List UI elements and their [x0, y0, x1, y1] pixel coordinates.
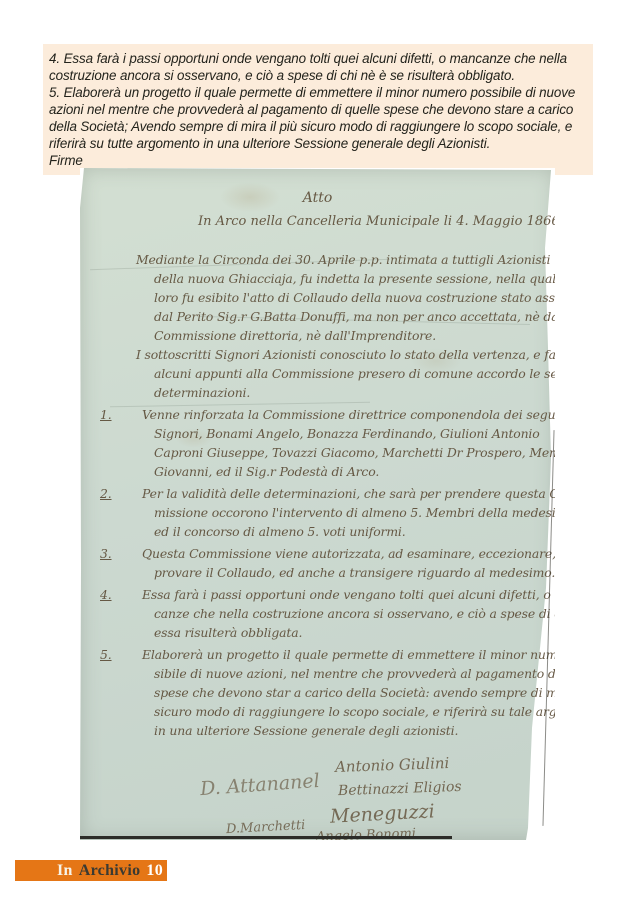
item-number: 4.: [100, 585, 112, 604]
manuscript-line: Caproni Giuseppe, Tovazzi Giacomo, March…: [154, 443, 544, 462]
manuscript-line: ed il concorso di almeno 5. voti uniform…: [154, 522, 544, 541]
manuscript-line: alcuni appunti alla Commissione presero …: [154, 364, 544, 383]
manuscript-line: canze che nella costruzione ancora si os…: [154, 604, 544, 623]
manuscript-title: Atto: [80, 190, 555, 206]
transcription-item-5: 5. Elaborerà un progetto il quale permet…: [49, 84, 585, 152]
transcription-firme: Firme: [49, 152, 585, 169]
manuscript-line: essa risulterà obbligata.: [154, 623, 544, 642]
manuscript-line: 3.Questa Commissione viene autorizzata, …: [142, 544, 544, 563]
manuscript-line: loro fu esibito l'atto di Collaudo della…: [154, 288, 544, 307]
manuscript-body: Mediante la Circonda dei 30. Aprile p.p.…: [130, 250, 544, 740]
manuscript-line: sibile di nuove azioni, nel mentre che p…: [154, 664, 544, 683]
manuscript-line: provare il Collaudo, ed anche a transige…: [154, 563, 544, 582]
page: 4. Essa farà i passi opportuni onde veng…: [0, 0, 637, 900]
manuscript-line-text: Per la validità delle determinazioni, ch…: [142, 486, 555, 501]
manuscript-line: sicuro modo di raggiungere lo scopo soci…: [154, 702, 544, 721]
in-archivio-logo: In Archivio 10: [15, 860, 167, 881]
item-number: 1.: [100, 405, 112, 424]
manuscript-line: Mediante la Circonda dei 30. Aprile p.p.…: [136, 250, 544, 269]
manuscript-line: della nuova Ghiacciaja, fu indetta la pr…: [154, 269, 544, 288]
manuscript-line: 5.Elaborerà un progetto il quale permett…: [142, 645, 544, 664]
manuscript-line: Commissione direttoria, nè dall'Imprendi…: [154, 326, 544, 345]
logo-word-in: In: [57, 862, 73, 880]
logo-issue-number: 10: [146, 862, 163, 880]
manuscript-line-text: Venne rinforzata la Commissione direttri…: [142, 407, 555, 422]
item-number: 2.: [100, 484, 112, 503]
manuscript-line: dal Perito Sig.r G.Batta Donuffi, ma non…: [154, 307, 544, 326]
manuscript-dateline: In Arco nella Cancelleria Municipale li …: [198, 214, 555, 229]
item-number: 5.: [100, 645, 112, 664]
transcription-block: 4. Essa farà i passi opportuni onde veng…: [43, 44, 593, 175]
scan-edge-line: [80, 836, 452, 839]
manuscript-line: 2.Per la validità delle determinazioni, …: [142, 484, 544, 503]
manuscript-line: spese che devono star a carico della Soc…: [154, 683, 544, 702]
manuscript-scan: Atto In Arco nella Cancelleria Municipal…: [80, 168, 555, 840]
manuscript-line: missione occorono l'intervento di almeno…: [154, 503, 544, 522]
manuscript-line: 1.Venne rinforzata la Commissione dirett…: [142, 405, 544, 424]
transcription-item-4: 4. Essa farà i passi opportuni onde veng…: [49, 50, 585, 84]
manuscript-line: I sottoscritti Signori Azionisti conosci…: [136, 345, 544, 364]
manuscript-line-text: Questa Commissione viene autorizzata, ad…: [142, 546, 555, 561]
logo-word-archivio: Archivio: [79, 862, 141, 880]
manuscript-line: in una ulteriore Sessione generale degli…: [154, 721, 544, 740]
manuscript-line: Giovanni, ed il Sig.r Podestà di Arco.: [154, 462, 544, 481]
manuscript-line: Signori, Bonami Angelo, Bonazza Ferdinan…: [154, 424, 544, 443]
item-number: 3.: [100, 544, 112, 563]
manuscript-line: determinazioni.: [154, 383, 544, 402]
manuscript-line: 4.Essa farà i passi opportuni onde venga…: [142, 585, 544, 604]
manuscript-line-text: Elaborerà un progetto il quale permette …: [142, 647, 555, 662]
manuscript-line-text: Essa farà i passi opportuni onde vengano…: [142, 587, 555, 602]
